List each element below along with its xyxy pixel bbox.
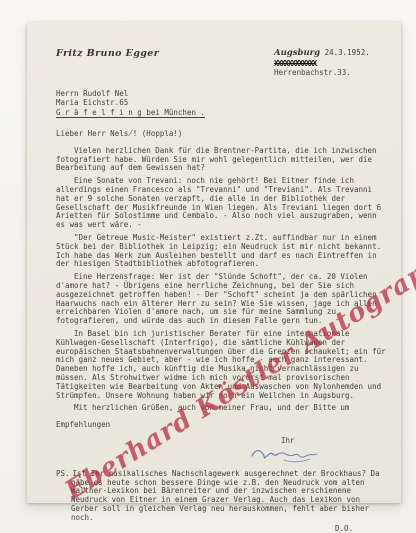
- letterhead-city: Augsburg: [274, 48, 320, 58]
- recipient-name: Herrn Rudolf Nel: [56, 89, 386, 98]
- scanned-letter-photo: Fritz Bruno Egger Augsburg 24.3.1952. XX…: [0, 0, 416, 533]
- letter-page: Fritz Bruno Egger Augsburg 24.3.1952. XX…: [27, 22, 401, 503]
- closing-line: Empfehlungen: [56, 421, 386, 430]
- closing-line: Mit herzlichen Grüßen, auch von meiner F…: [56, 404, 386, 413]
- postscript: PS.Ist Ihr musikalisches Nachschlagewerk…: [56, 470, 386, 523]
- paragraph: Eine Herzensfrage: Wer ist der "Slünde S…: [56, 273, 386, 326]
- crossed-out-text: XXXXXXXXXXXX: [274, 59, 316, 69]
- recipient-town: G r ä f e l f i n g bei München .: [56, 108, 386, 117]
- recipient-street: Maria Eichstr.65: [56, 98, 386, 107]
- city-date-line: Augsburg 24.3.1952.: [274, 48, 370, 59]
- letter-body: Vielen herzlichen Dank für die Brentner-…: [56, 147, 386, 401]
- sender-initials: D.O.: [56, 525, 353, 533]
- letterhead: Fritz Bruno Egger Augsburg 24.3.1952. XX…: [56, 48, 386, 82]
- paragraph: Vielen herzlichen Dank für die Brentner-…: [56, 147, 386, 173]
- salutation: Lieber Herr Nels̸! (Hoppla!): [56, 129, 386, 138]
- date-block: Augsburg 24.3.1952. XXXXXXXXXXXX Herrenb…: [274, 48, 370, 78]
- recipient-address: Herrn Rudolf Nel Maria Eichstr.65 G r ä …: [56, 89, 386, 117]
- paragraph: "Der Getreue Music-Meister" existiert z.…: [56, 234, 386, 269]
- postscript-text: Ist Ihr musikalisches Nachschlagewerk au…: [71, 469, 380, 522]
- typed-date: 24.3.1952.: [325, 48, 370, 57]
- paragraph: In Basel bin ich juristischer Berater fü…: [56, 330, 386, 400]
- handwritten-signature: [248, 444, 320, 466]
- sender-street: Herrenbachstr.33.: [274, 68, 370, 78]
- postscript-label: PS.: [56, 469, 73, 478]
- signature-area: [56, 447, 386, 463]
- paragraph: Eine Sonate von Trevani: noch nie gehört…: [56, 177, 386, 230]
- letterhead-sender-name: Fritz Bruno Egger: [56, 50, 159, 59]
